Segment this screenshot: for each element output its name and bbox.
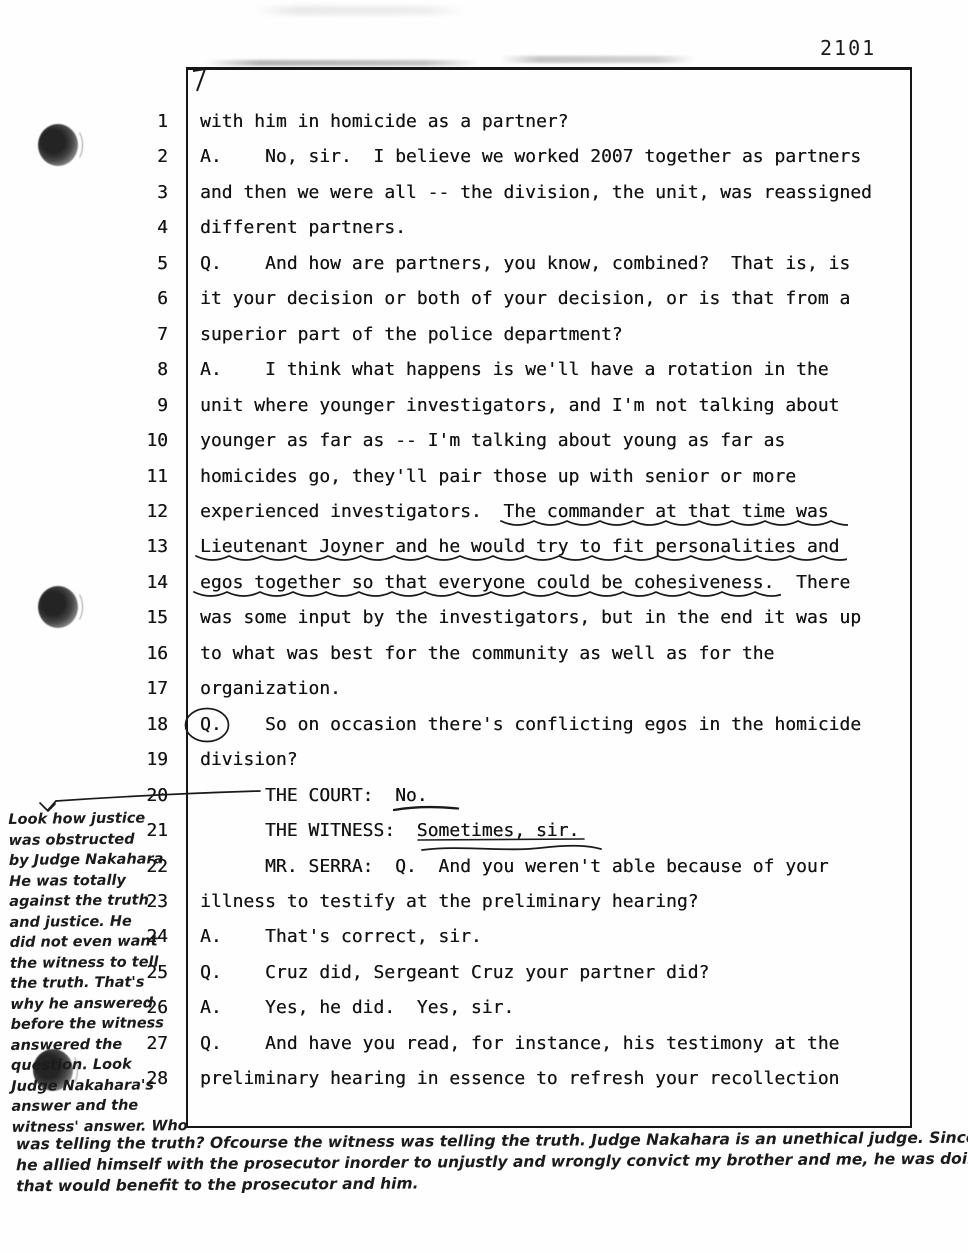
line-number: 19 bbox=[128, 749, 168, 770]
handwritten-margin-note: Look how justice was obstructed by Judge… bbox=[8, 808, 191, 1138]
transcript-row: 26 A. Yes, he did. Yes, sir. bbox=[128, 996, 912, 1031]
margin-note-line: was obstructed bbox=[9, 829, 189, 851]
line-number: 14 bbox=[128, 572, 168, 593]
margin-note-line: question. Look bbox=[11, 1054, 191, 1076]
line-number: 12 bbox=[128, 501, 168, 522]
transcript-row: 9 unit where younger investigators, and … bbox=[128, 394, 912, 429]
line-text: Q. So on occasion there's conflicting eg… bbox=[200, 714, 861, 735]
line-text: unit where younger investigators, and I'… bbox=[200, 395, 839, 416]
line-number: 8 bbox=[128, 359, 168, 380]
line-number: 11 bbox=[128, 466, 168, 487]
transcript-row: 22 MR. SERRA: Q. And you weren't able be… bbox=[128, 855, 912, 890]
line-text: illness to testify at the preliminary he… bbox=[200, 891, 699, 912]
hole-punch bbox=[38, 586, 78, 628]
transcript-row: 6 it your decision or both of your decis… bbox=[128, 287, 912, 322]
margin-note-line: the truth. That's bbox=[10, 972, 190, 994]
transcript-row: 11 homicides go, they'll pair those up w… bbox=[128, 465, 912, 500]
line-text: preliminary hearing in essence to refres… bbox=[200, 1068, 839, 1089]
transcript-row: 18 Q. So on occasion there's conflicting… bbox=[128, 713, 912, 748]
margin-note-line: answered the bbox=[11, 1034, 191, 1056]
transcript-row: 10 younger as far as -- I'm talking abou… bbox=[128, 429, 912, 464]
line-number: 3 bbox=[128, 182, 168, 203]
transcript-row: 2 A. No, sir. I believe we worked 2007 t… bbox=[128, 145, 912, 180]
line-text: was some input by the investigators, but… bbox=[200, 607, 861, 628]
line-number: 7 bbox=[128, 324, 168, 345]
margin-note-line: by Judge Nakahara bbox=[9, 849, 189, 871]
transcript-row: 28 preliminary hearing in essence to ref… bbox=[128, 1067, 912, 1102]
line-number: 4 bbox=[128, 217, 168, 238]
circle-annotation bbox=[183, 705, 231, 745]
page-number: 2101 bbox=[820, 36, 876, 60]
line-text: A. I think what happens is we'll have a … bbox=[200, 359, 829, 380]
transcript-lines: 1 with him in homicide as a partner? 2 A… bbox=[128, 110, 912, 1103]
line-text: Q. And have you read, for instance, his … bbox=[200, 1033, 839, 1054]
photocopy-smudge bbox=[255, 6, 465, 15]
wavy-underline bbox=[195, 552, 847, 568]
line-number: 2 bbox=[128, 146, 168, 167]
margin-note-line: Judge Nakahara's bbox=[11, 1075, 191, 1097]
line-number: 10 bbox=[128, 430, 168, 451]
line-number: 6 bbox=[128, 288, 168, 309]
line-text: homicides go, they'll pair those up with… bbox=[200, 466, 796, 487]
line-text: A. That's correct, sir. bbox=[200, 926, 482, 947]
line-text: organization. bbox=[200, 678, 341, 699]
line-number: 13 bbox=[128, 536, 168, 557]
transcript-row: 27 Q. And have you read, for instance, h… bbox=[128, 1032, 912, 1067]
line-text: to what was best for the community as we… bbox=[200, 643, 774, 664]
line-text: A. No, sir. I believe we worked 2007 tog… bbox=[200, 146, 861, 167]
line-number: 16 bbox=[128, 643, 168, 664]
wavy-underline bbox=[500, 517, 848, 533]
line-text: A. Yes, he did. Yes, sir. bbox=[200, 997, 514, 1018]
hole-punch bbox=[38, 124, 78, 166]
transcript-row: 24 A. That's correct, sir. bbox=[128, 925, 912, 960]
margin-note-line: before the witness bbox=[10, 1013, 190, 1035]
margin-note-line: Look how justice bbox=[8, 808, 188, 830]
hand-underline bbox=[420, 843, 604, 855]
transcript-row: 5 Q. And how are partners, you know, com… bbox=[128, 252, 912, 287]
margin-note-line: He was totally bbox=[9, 870, 189, 892]
margin-note-line: why he answered bbox=[10, 993, 190, 1015]
handwritten-bottom-note: was telling the truth? Ofcourse the witn… bbox=[16, 1128, 964, 1197]
line-text: Q. Cruz did, Sergeant Cruz your partner … bbox=[200, 962, 709, 983]
handwritten-tick-mark bbox=[191, 67, 213, 95]
transcript-row: 8 A. I think what happens is we'll have … bbox=[128, 358, 912, 393]
transcript-row: 7 superior part of the police department… bbox=[128, 323, 912, 358]
photocopy-smudge bbox=[500, 56, 695, 63]
line-text: superior part of the police department? bbox=[200, 324, 623, 345]
line-number: 1 bbox=[128, 111, 168, 132]
wavy-underline bbox=[193, 588, 781, 604]
transcript-row: 15 was some input by the investigators, … bbox=[128, 606, 912, 641]
margin-note-line: answer and the bbox=[11, 1095, 191, 1117]
margin-note-line: against the truth bbox=[9, 890, 189, 912]
line-text: younger as far as -- I'm talking about y… bbox=[200, 430, 785, 451]
line-text: division? bbox=[200, 749, 298, 770]
photocopy-smudge bbox=[205, 60, 480, 66]
transcript-row: 16 to what was best for the community as… bbox=[128, 642, 912, 677]
line-text: different partners. bbox=[200, 217, 406, 238]
margin-note-line: the witness to tell bbox=[10, 952, 190, 974]
line-text: it your decision or both of your decisio… bbox=[200, 288, 850, 309]
transcript-row: 3 and then we were all -- the division, … bbox=[128, 181, 912, 216]
transcript-row: 17 organization. bbox=[128, 677, 912, 712]
transcript-row: 1 with him in homicide as a partner? bbox=[128, 110, 912, 145]
line-number: 5 bbox=[128, 253, 168, 274]
line-text: MR. SERRA: Q. And you weren't able becau… bbox=[200, 856, 829, 877]
line-number: 17 bbox=[128, 678, 168, 699]
line-text: with him in homicide as a partner? bbox=[200, 111, 568, 132]
line-text: Q. And how are partners, you know, combi… bbox=[200, 253, 850, 274]
margin-note-line: did not even want bbox=[10, 931, 190, 953]
transcript-row: 23 illness to testify at the preliminary… bbox=[128, 890, 912, 925]
transcript-row: 4 different partners. bbox=[128, 216, 912, 251]
line-number: 15 bbox=[128, 607, 168, 628]
line-number: 18 bbox=[128, 714, 168, 735]
hand-underline bbox=[392, 803, 462, 815]
transcript-row: 25 Q. Cruz did, Sergeant Cruz your partn… bbox=[128, 961, 912, 996]
margin-note-line: and justice. He bbox=[9, 911, 189, 933]
transcript-page: 2101 1 with him in homicide as a partner… bbox=[0, 0, 968, 1253]
line-text: and then we were all -- the division, th… bbox=[200, 182, 872, 203]
line-number: 9 bbox=[128, 395, 168, 416]
